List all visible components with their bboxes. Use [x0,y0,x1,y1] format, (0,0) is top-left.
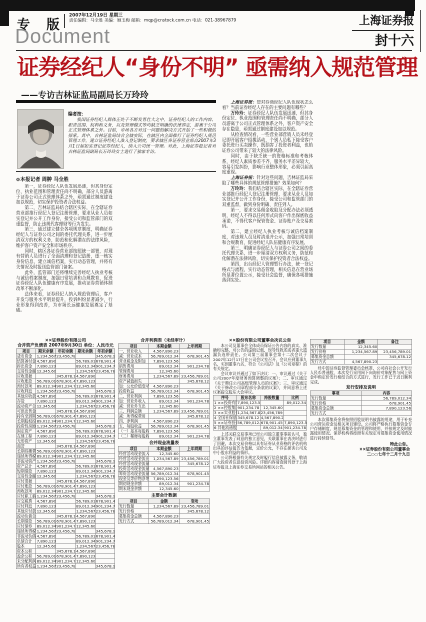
top-print-bar [0,0,415,11]
publication-info: 2007年12月19日 星期三 责任编辑：马全胜 美编：顾玉梅 邮箱：mqp@c… [69,13,329,23]
table-label-cell: 6 其他流通股股东 [213,425,236,430]
right-column-text: 上海证券报：您对券商经纪人队伍现状怎么看？当前证券经纪人存在的主要问题有哪些？万… [222,100,412,333]
table-value-cell: 7,890,123.56 [75,449,95,454]
table-value-cell: 12,345.60 [75,524,95,529]
table-value-cell: 23,456,789.01 [56,389,76,394]
table-value-cell: 678,901.45 [95,499,115,504]
body-paragraph: 第二，吉林证监局结合辖区实际，在全辖证券营业部推行经纪人登记注册管理，要求从业人… [16,206,113,228]
table-row: 所有者权益合计1,234,567.8923,456,789.01345,678.… [16,564,115,569]
table-value-cell: 7,890,123.56 [36,469,56,474]
table-value-cell: 678,901.45 [95,394,115,399]
table-value-cell: 89,012.34 [149,434,180,439]
table-value-cell: 4,567,890.23 [75,549,95,554]
table-value-cell: 4,567,890.23 [149,419,180,424]
table-value-cell: 901,234.78 [56,454,76,459]
table-value-cell: 345,678.12 [95,354,115,359]
table-value-cell: 7,890,123.56 [75,554,95,559]
table-value-cell: 678,901.45 [95,429,115,434]
table-value-cell: 23,456,789.01 [95,544,115,549]
table-value-cell: 89,012.34 [260,425,283,430]
body-paragraph: 第一，要求交易佣金收取及分配办法必须透明，经纪人不得以任何形式向客户作出保底收益… [222,208,313,230]
table-value-cell: 4,567,890.23 [36,464,56,469]
table-value-cell: 1,234,567.89 [36,354,56,359]
announcements-section: ××证券股份有限公司合并资产负债表 2007年9月30日 单位：人民币元项目期末… [16,338,412,606]
announcement-paragraph: 经中国证券监督管理委员会核准，公司向社会公开发行人民币普通股，本次发行采用网下向… [310,366,412,384]
table-header-row: 项目金额备注 [310,339,412,344]
table-value-cell: 1,234,567.89 [149,456,180,461]
table-value-cell: 4,567,890.23 [75,409,95,414]
table-label-cell: 发行方式 [310,411,361,416]
table-value-cell: 901,234.78 [56,524,76,529]
table-value-cell: 7,890,123.56 [149,359,180,364]
financial-table: 项目期末余额年初余额期末余额年初余额货币资金1,234,567.8923,456… [16,349,115,570]
table-value-cell: 4,567,890.23 [260,415,283,420]
table-value-cell: 345,678.12 [56,514,76,519]
table-value-cell: 12,345.60 [260,405,283,410]
table-value-cell: 678,901.45 [95,534,115,539]
table-value-cell: 1,234,567.89 [75,544,95,549]
table-value-cell: 12,345.60 [75,419,95,424]
block-title: ××股份有限公司董事会决议公告 [213,338,307,343]
block-title: 主要会计数据 [118,493,210,498]
table-value-cell: 1,234,567.89 [149,504,180,509]
table-value-cell: 7,890,123.56 [36,504,56,509]
intro-block: 编者按： 我国证券经纪人群体正处于不断发育壮大之中，证券经纪人的工作内容、职责范… [16,100,216,172]
table-value-cell: 56,789,012.34 [149,354,180,359]
body-paragraph: 第四，出台经纪人管理暂行办法，统一登记格式与流程，实行动态管理，相关信息在营业场… [222,262,313,284]
body-paragraph: 从检查情况看，一些营业部营销人员未经登记即开展客户招揽活动，个别人员私下接受客户… [222,132,313,154]
table-value-cell: 7,890,123.56 [36,364,56,369]
table-value-cell: 23,456,789.01 [95,404,115,409]
table-value-cell: 1,234,567.89 [36,424,56,429]
table-value-cell: 7,890,123.56 [75,414,95,419]
table-label-cell: 应付职工薪酬 [16,494,36,499]
table-value-cell: 901,234.78 [95,364,115,369]
table-row: 6 其他流通股股东89,012.34901,234.78 [213,425,307,430]
editor-note: 编者按： 我国证券经纪人群体正处于不断发育壮大之中，证券经纪人的工作内容、职责范… [68,108,216,172]
table-value-cell: 23,456,789.01 [378,349,412,354]
left-column-text: 第一，证券经纪人队伍发展迅速，但其身份定位、执业范围和管理责任尚不明确，部分人员… [16,184,216,333]
table-value-cell: 901,234.78 [56,419,76,424]
table-value-cell: 7,890,123.56 [36,399,56,404]
table-value-cell: 23,456,789.01 [179,504,210,509]
table-value-cell: 678,901.45 [56,519,76,524]
table-value-cell: 345,678.12 [95,529,115,534]
table-value-cell: 56,789,012.34 [75,394,95,399]
table-value-cell: 4,567,890.23 [36,359,56,364]
block-title: 合并现金流量表 [118,441,210,446]
table-value-cell: 4,567,890.23 [36,394,56,399]
table-header-cell: 年初余额 [56,349,76,354]
table-label-cell: 经营活动现金流入 [118,451,149,456]
table-label-cell: 长期待摊费用 [16,449,36,454]
table-value-cell: 89,012.34 [36,489,56,494]
table-value-cell: 56,789,012.34 [149,519,180,524]
table-label-cell: （一）基本每股收益 [118,429,149,434]
table-header-row: 项目本期金额上年同期 [118,446,210,451]
table-header-cell: 期末余额 [75,349,95,354]
table-value-cell: 89,012.34 [36,419,56,424]
table-row: （二）稀释每股收益89,012.34901,234.78 [118,434,210,439]
table-value-cell: 89,012.34 [36,454,56,459]
table-value-cell: 1,234,567.89 [75,369,95,374]
table-row: 投资收益56,789,012.34678,901.45 [118,389,210,394]
body-paragraph: 第三，明确证券经纪人与证券公司之间的委托代理关系，进一步厘清双方权利义务，防范和… [222,246,313,262]
table-row: 发行数量1,234,567.8923,456,789.01 [118,504,210,509]
announcement-paragraph: 本次募集资金将按照招股说明书披露的用途，用于补充公司营运资金及相关项目建设。公司… [310,417,412,440]
table-label-cell: 流动资产合计 [16,404,36,409]
table-value-cell: 678,901.45 [179,519,210,524]
corner-print-block [0,0,9,26]
table-header-row: 项目金额变动 [118,499,210,504]
table-label-cell: 可供出售金融资产 [16,409,36,414]
table-value-cell: 345,678.12 [95,494,115,499]
table-value-cell: 345,678.12 [56,444,76,449]
table-value-cell: 4,567,890.23 [36,499,56,504]
table-value-cell: 345,678.12 [95,564,115,569]
table-label-cell: 递延所得税负债 [16,529,36,534]
table-value-cell: 56,789,012.34 [36,554,56,559]
table-value-cell: 901,234.78 [56,489,76,494]
table-value-cell: 678,901.45 [56,449,76,454]
table-value-cell: 56,789,012.34 [36,484,56,489]
block-title: 合并利润表（未经审计） [118,338,210,343]
table-label-cell: 持有至到期投资 [16,414,36,419]
table-label-cell: 长期股权投资 [16,419,36,424]
table-value-cell: 345,678.12 [56,549,76,554]
body-paragraph: 同时，辖区各证券营业部按照统一部署，对现有营销人员进行了全面清理和登记造册，逐一… [16,249,113,271]
announcement-block-4: 项目金额备注发行数量12,345.60发行价格1,234,567.8923,45… [310,338,412,606]
table-row: 发行方式56,789,012.34678,901.45 [118,519,210,524]
table-value-cell: 89,012.34 [75,399,95,404]
table-label-cell: 经营活动现金流出 [118,456,149,461]
block-title: 发行安排及说明 [310,385,412,390]
table-row: 发行方式4,567,890.23 [310,359,412,364]
table-value-cell: 4,567,890.23 [75,514,95,519]
portrait-photo [18,110,63,168]
table-value-cell: 901,234.78 [95,504,115,509]
qa-answer-label: 万玲玲： [231,186,248,191]
block-2: 合并利润表（未经审计）项目本期金额上年同期一、营业收入4,567,890.23减… [118,338,210,524]
table-value-cell: 56,789,012.34 [75,429,95,434]
table-value-cell: 1,234,567.89 [36,459,56,464]
table-value-cell: 56,789,012.34 [36,379,56,384]
qa-answer: 万玲玲：证券经纪人队伍发展迅速，但其身份定位、执业范围和管理责任尚不明确，部分人… [222,111,313,133]
table-value-cell: 678,901.45 [56,414,76,419]
table-row: 货币资金1,234,567.8923,456,789.01345,678.12 [16,354,115,359]
financial-table: 项目本期金额上年同期经营活动现金流入12,345.60经营活动现金流出1,234… [118,446,210,492]
table-value-cell: 345,678.12 [56,479,76,484]
table-value-cell [237,425,260,430]
table-value-cell: 56,789,012.34 [75,359,95,364]
financial-table: 项目金额备注发行数量12,345.60发行价格1,234,567.8923,45… [310,339,412,365]
table-value-cell: 678,901.45 [95,464,115,469]
table-value-cell: 1,234,567.89 [75,404,95,409]
table-value-cell: 901,234.78 [283,425,306,430]
qa-question-label: 上海证券报： [231,176,257,181]
table-value-cell: 23,456,789.01 [56,494,76,499]
publication-contact: 责任编辑：马全胜 美编：顾玉梅 邮箱：mqp@cnstock.com.cn 电话… [69,18,329,23]
table-value-cell: 4,567,890.23 [149,384,180,389]
table-value-cell: 23,456,789.01 [95,509,115,514]
table-value-cell: 1,234,567.89 [36,564,56,569]
table-value-cell: 12,345.60 [149,486,180,491]
table-label-cell: 筹资活动现金流量净额 [118,471,149,476]
financial-table: 项目本期金额上年同期一、营业收入4,567,890.23减：营业成本56,789… [118,344,210,440]
table-value-cell: 56,789,012.34 [75,499,95,504]
block-3: ××股份有限公司董事会决议公告本公司及董事会全体成员保证公告内容的真实、准确和完… [213,338,307,469]
table-row: 应付职工薪酬1,234,567.8923,456,789.01345,678.1… [16,494,115,499]
table-value-cell: 56,789,012.34 [36,519,56,524]
qa-question: 上海证券报：针对这些问题，吉林证监局采取了哪些具体的规范管理措施？效果如何？ [222,176,313,187]
signature-block: 特此公告。××证券股份有限公司董事会二○○七年十二月十九日 [310,442,412,457]
table-value-cell: 89,012.34 [75,539,95,544]
header-rule [16,50,412,51]
table-value-cell: 345,678.12 [95,389,115,394]
table-value-cell: 901,234.78 [95,399,115,404]
table-value-cell: 12,345.60 [75,454,95,459]
editor-note-text: 我国证券经纪人群体正处于不断发育壮大之中，证券经纪人的工作内容、职责范围、权利和… [68,118,216,155]
table-value-cell: 12,345.60 [36,404,56,409]
body-paragraph: 第三，通过建立健全各项规章制度，明确证券经纪人与证券公司之间的委托代理关系，进一… [16,227,113,249]
table-value-cell: 56,789,012.34 [237,420,260,425]
announcement-block-3: ××股份有限公司董事会决议公告本公司及董事会全体成员保证公告内容的真实、准确和完… [213,338,307,606]
table-row: 筹资活动现金流量净额56,789,012.34678,901.45 [118,471,210,476]
table-label-cell: 投资性房地产 [16,424,36,429]
table-label-cell: 其他应付款 [16,509,36,514]
table-value-cell: 901,234.78 [179,434,210,439]
table-value-cell: 23,456,789.01 [95,474,115,479]
table-row: 期初现金余额89,012.34901,234.78 [118,481,210,486]
table-label-cell: 结算备付金 [16,359,36,364]
table-row: 经营活动现金流出1,234,567.8923,456,789.01 [118,456,210,461]
table-row: 财务费用1,234,567.8923,456,789.01 [118,374,210,379]
table-label-cell: 现金及等价物净增加额 [118,476,149,481]
table-label-cell: 1 ××投资有限公司 [213,400,236,405]
table-value-cell: 7,890,123.56 [36,539,56,544]
table-label-cell: 所有者权益合计 [16,564,36,569]
table-value-cell: 12,345.60 [36,439,56,444]
table-value-cell: 12,345.60 [75,489,95,494]
financial-table: 项目金额变动发行数量1,234,567.8923,456,789.01发行价格3… [118,499,210,525]
table-label-cell: 减：营业外支出 [118,404,149,409]
body-paragraph: 第二，建立经纪人执业考核与诚信档案制度，对违规人员及时清退并公示，加强日常培训和… [222,230,313,246]
table-value-cell: 89,012.34 [75,434,95,439]
table-value-cell: 1,234,567.89 [149,374,180,379]
table-value-cell: 678,901.45 [56,484,76,489]
table-value-cell: 56,789,012.34 [75,464,95,469]
table-value-cell: 56,789,012.34 [36,449,56,454]
table-value-cell: 23,456,789.01 [56,424,76,429]
table-label-cell: 非流动资产合计 [16,459,36,464]
table-value-cell [361,411,412,416]
table-row: 发行价格1,234,567.8923,456,789.01 [310,349,412,354]
table-row: 递延所得税负债1,234,567.8923,456,789.01345,678.… [16,529,115,534]
table-value-cell: 901,234.78 [56,559,76,564]
table-value-cell: 89,012.34 [36,384,56,389]
table-value-cell: 7,890,123.56 [36,434,56,439]
table-value-cell: 23,456,789.01 [95,369,115,374]
table-label-cell: 交易性金融负债 [16,474,36,479]
table-value-cell: 678,901.45 [260,420,283,425]
table-value-cell: 345,678.12 [95,424,115,429]
table-value-cell: 23,456,789.01 [56,529,76,534]
table-label-cell: 5 ××证券投资基金 [213,420,236,425]
table-value-cell: 56,789,012.34 [149,424,180,429]
table-value-cell: 12,345.60 [36,369,56,374]
table-row: 非流动资产合计1,234,567.8923,456,789.01345,678.… [16,459,115,464]
table-value-cell: 23,456,789.01 [56,564,76,569]
table-value-cell: 345,678.12 [95,459,115,464]
left-body-columns: 第一，证券经纪人队伍发展迅速，但其身份定位、执业范围和管理责任尚不明确，部分人员… [16,184,216,333]
table-value-cell: 12,345.60 [75,559,95,564]
table-value-cell: 56,789,012.34 [149,471,180,476]
table-value-cell: 23,456,789.01 [260,410,283,415]
table-label-cell: 交易性金融资产 [16,369,36,374]
table-value-cell: 7,890,123.56 [75,484,95,489]
table-row: 投资性房地产1,234,567.8923,456,789.01345,678.1… [16,424,115,429]
body-paragraph: 第一，证券经纪人队伍发展迅速，但其身份定位、执业范围和管理责任尚不明确，部分人员… [16,184,113,206]
financial-table: 序号股东名称持股数量比例1 ××投资有限公司7,890,123.5689,012… [213,395,307,431]
block-title: 合并资产负债表 2007年9月30日 单位：人民币元 [16,343,115,348]
table-value-cell [378,359,412,364]
table-value-cell: 4,567,890.23 [75,374,95,379]
table-value-cell: 4,567,890.23 [36,534,56,539]
table-value-cell: 4,567,890.23 [149,514,180,519]
table-row: 三、利润总额1,234,567.8923,456,789.01 [118,409,210,414]
table-label-cell: 3 ××实业股份有限公司 [213,410,236,415]
table-value-cell: 1,234,567.89 [237,410,260,415]
table-value-cell: 678,901.45 [95,359,115,364]
body-paragraph: 总体来看，证券经纪人纳入规范管理后，客户开发与服务水平明显提升，投诉纠纷显著减少… [16,292,113,314]
table-label-cell: 流动负债合计 [16,514,36,519]
table-value-cell: 345,678.12 [56,409,76,414]
table-label-cell: 4 全国社保基金组合 [213,415,236,420]
table-row: 发行方式 [310,411,412,416]
table-value-cell: 23,456,789.01 [179,456,210,461]
table-label-cell: 加：营业外收入 [118,399,149,404]
table-value-cell: 1,234,567.89 [36,389,56,394]
table-value-cell: 12,345.60 [75,384,95,389]
table-value-cell: 7,890,123.56 [149,476,180,481]
financial-table: 事项内容发行数量56,789,012.34发行价格678,901.45募集资金总… [310,390,412,416]
table-label-cell: 营业税金及附加 [118,359,149,364]
table-value-cell: 7,890,123.56 [75,379,95,384]
table-value-cell: 901,234.78 [56,384,76,389]
table-header-cell: 年初余额 [95,349,115,354]
table-label-cell: 未分配利润 [16,559,36,564]
table-row: 加：营业外收入89,012.34901,234.78 [118,399,210,404]
body-paragraph: 同时，由于缺乏统一的资格标准和考核体系，经纪人素质参差不齐，服务水平差异较大，容… [222,154,313,176]
table-header-row: 项目本期金额上年同期 [118,344,210,349]
table-value-cell: 1,234,567.89 [75,474,95,479]
block-4: 项目金额备注发行数量12,345.60发行价格1,234,567.8923,45… [310,339,412,457]
table-value-cell: 678,901.45 [56,379,76,384]
table-row: 应收利息1,234,567.8923,456,789.01345,678.12 [16,389,115,394]
announcement-block-2: 合并利润表（未经审计）项目本期金额上年同期一、营业收入4,567,890.23减… [118,338,210,606]
table-label-cell: 发行方式 [310,359,344,364]
table-value-cell: 901,234.78 [237,405,260,410]
table-label-cell: 期末现金余额 [118,486,149,491]
table-value-cell: 678,901.45 [56,554,76,559]
table-row: 五、每股收益56,789,012.34678,901.45 [118,424,210,429]
page-number: 封十六 [352,30,414,49]
table-value-cell: 89,012.34 [283,400,306,405]
table-value-cell: 7,890,123.56 [237,400,260,405]
table-value-cell: 1,234,567.89 [75,509,95,514]
qa-question: 上海证券报：您对券商经纪人队伍现状怎么看？当前证券经纪人存在的主要问题有哪些？ [222,100,313,111]
document-label: Document [15,26,110,49]
byline: ⊙本报记者 周翀 马全胜 [16,175,216,183]
table-row: 期末现金余额12,345.60 [118,486,210,491]
table-value-cell: 7,890,123.56 [283,420,306,425]
portrait-illustration [18,110,63,168]
table-row: 销售费用89,012.34901,234.78 [118,364,210,369]
table-value-cell: 901,234.78 [95,469,115,474]
qa-answer: 万玲玲：我们结合辖区实际，在全辖证券营业部推行经纪人登记注册管理，要求从业人员如… [222,186,313,208]
headline: 证券经纪人“身份不明” 亟需纳入规范管理 [17,56,419,82]
right-body-columns: 上海证券报：您对券商经纪人队伍现状怎么看？当前证券经纪人存在的主要问题有哪些？万… [222,100,412,333]
table-value-cell: 1,234,567.89 [149,409,180,414]
table-value-cell: 4,567,890.23 [75,444,95,449]
body-paragraph: 此外，监管部门还将继续完善经纪人执业考核与诚信档案制度，加强日常培训和合规教育，… [16,270,113,292]
table-value-cell: 1,234,567.89 [75,439,95,444]
table-value-cell: 4,567,890.23 [344,359,378,364]
table-value-cell: 56,789,012.34 [149,389,180,394]
table-value-cell: 23,456,789.01 [56,459,76,464]
table-value-cell: 345,678.12 [237,415,260,420]
table-value-cell: 89,012.34 [75,469,95,474]
signature-line: 二○○七年十二月十九日 [310,452,410,457]
table-label-cell: 2 ××控股集团有限公司 [213,405,236,410]
table-value-cell: 89,012.34 [75,504,95,509]
table-value-cell: 901,234.78 [95,434,115,439]
paper-name: 上海证券报 [352,12,414,31]
table-value-cell [179,486,210,491]
table-value-cell: 1,234,567.89 [36,494,56,499]
table-label-cell: 其他应收款 [16,394,36,399]
table-value-cell: 4,567,890.23 [75,479,95,484]
table-row: 5 ××证券投资基金56,789,012.34678,901.457,890,1… [213,420,307,425]
table-value-cell: 89,012.34 [36,524,56,529]
table-value-cell: 56,789,012.34 [36,414,56,419]
table-value-cell: 1,234,567.89 [36,529,56,534]
table-value-cell: 12,345.60 [36,474,56,479]
table-value-cell: 23,456,789.01 [95,439,115,444]
qa-question-label: 上海证券报： [231,100,257,105]
table-row: 减：营业成本56,789,012.34678,901.45 [118,354,210,359]
table-value-cell: 12,345.60 [36,544,56,549]
announcement-paragraph: 本公司及董事会全体成员保证公告内容的真实、准确和完整，对公告的虚假记载、误导性陈… [213,344,307,372]
table-value-cell: 12,345.60 [36,509,56,514]
table-value-cell: 7,890,123.56 [149,429,180,434]
table-value-cell: 7,890,123.56 [75,519,95,524]
table-value-cell: 23,456,789.01 [179,374,210,379]
block-1: ××证券股份有限公司合并资产负债表 2007年9月30日 单位：人民币元项目期末… [16,338,115,569]
table-label-cell: 递延所得税资产 [16,454,36,459]
table-label-cell: 发行方式 [118,519,149,524]
table-value-cell: 23,456,789.01 [179,409,210,414]
table-value-cell: 89,012.34 [75,364,95,369]
announcement-paragraph: 公司将根据有关规定及时履行信息披露义务，敬请广大投资者注意投资风险。详细内容请查… [213,456,307,470]
table-value-cell: 4,567,890.23 [36,429,56,434]
qa-answer-label: 万玲玲： [231,111,248,116]
table-header-cell: 期末余额 [36,349,56,354]
table-label-cell: 减：所得税费用 [118,414,149,419]
announcement-paragraph: 上述关联交易事项已经公司独立董事事前认可，独立董事发表了同意的独立意见，关联董事… [213,432,307,455]
table-value-cell: 345,678.12 [56,374,76,379]
table-label-cell: 加：公允价值变动收益 [118,384,149,389]
